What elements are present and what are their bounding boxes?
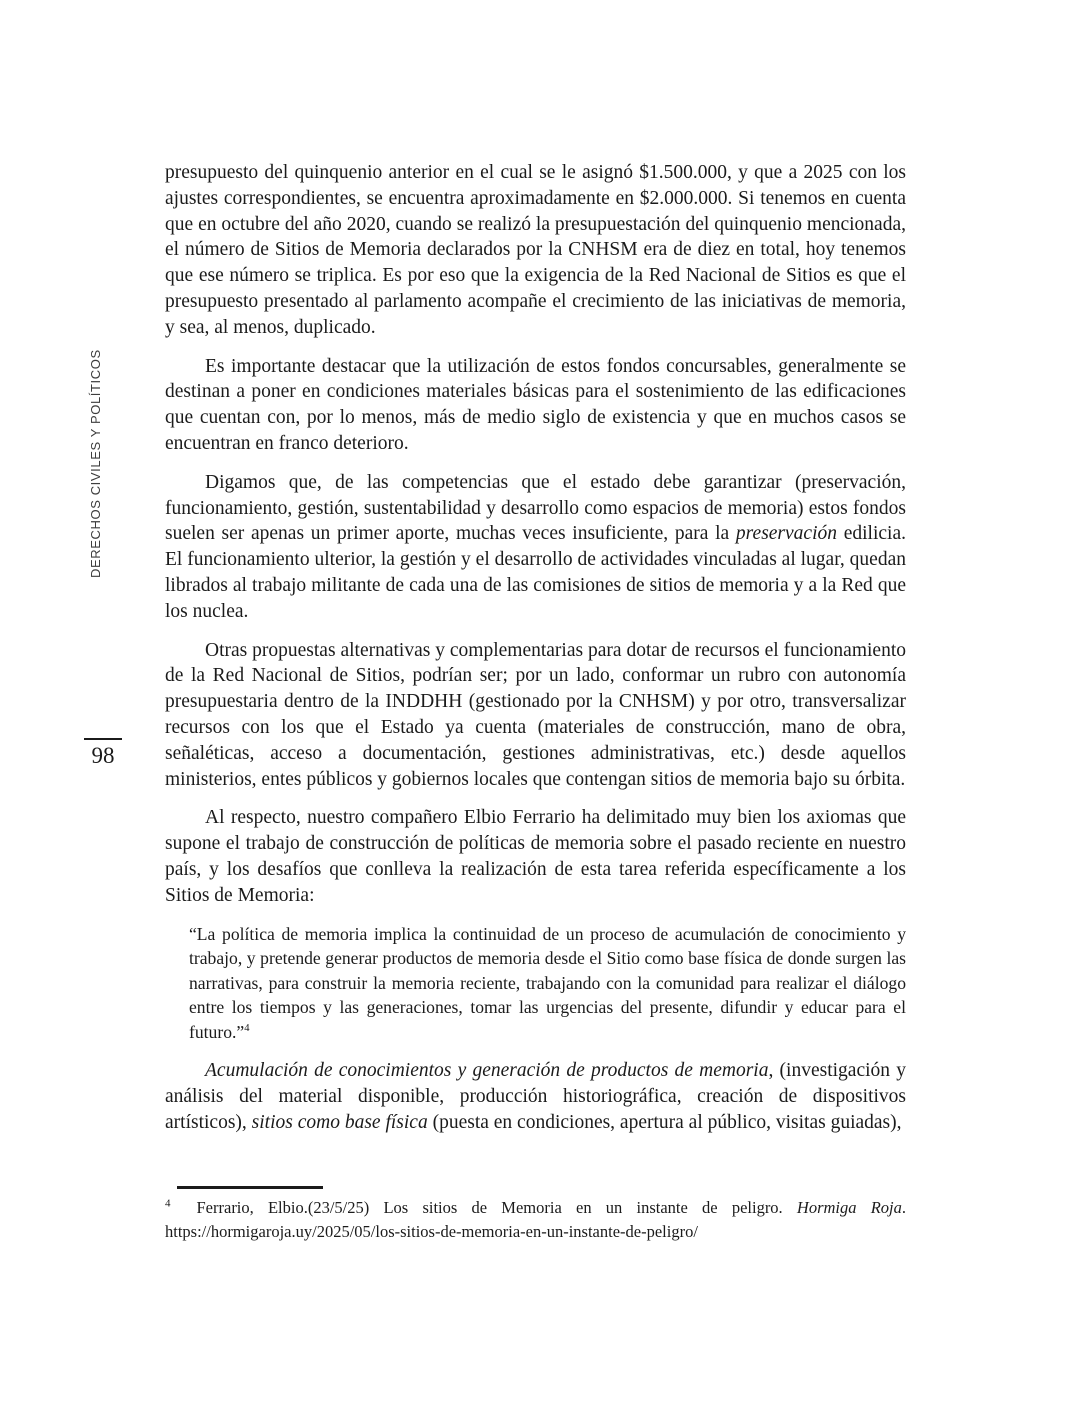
paragraph: Al respecto, nuestro compañero Elbio Fer… xyxy=(165,805,906,908)
footnote: 4Ferrario, Elbio.(23/5/25) Los sitios de… xyxy=(165,1196,906,1244)
footnote-area: 4Ferrario, Elbio.(23/5/25) Los sitios de… xyxy=(165,1186,906,1244)
page-number: 98 xyxy=(92,743,115,768)
paragraph: Digamos que, de las competencias que el … xyxy=(165,470,906,625)
footnote-separator-rule xyxy=(177,1186,323,1189)
paragraph-continuation: presupuesto del quinquenio anterior en e… xyxy=(165,160,906,341)
paragraph: Otras propuestas alternativas y compleme… xyxy=(165,638,906,793)
paragraph: Acumulación de conocimientos y generació… xyxy=(165,1058,906,1135)
paragraph: Es importante destacar que la utilizació… xyxy=(165,354,906,457)
footnote-marker: 4 xyxy=(165,1198,171,1210)
footnote-content: Ferrario, Elbio.(23/5/25) Los sitios de … xyxy=(165,1198,906,1241)
book-page: DERECHOS CIVILES Y POLÍTICOS 98 presupue… xyxy=(0,0,1069,1409)
block-quote: “La política de memoria implica la conti… xyxy=(165,922,906,1045)
page-number-block: 98 xyxy=(84,738,122,769)
section-sidebar-label: DERECHOS CIVILES Y POLÍTICOS xyxy=(88,368,103,578)
main-text-column: presupuesto del quinquenio anterior en e… xyxy=(165,160,906,1149)
